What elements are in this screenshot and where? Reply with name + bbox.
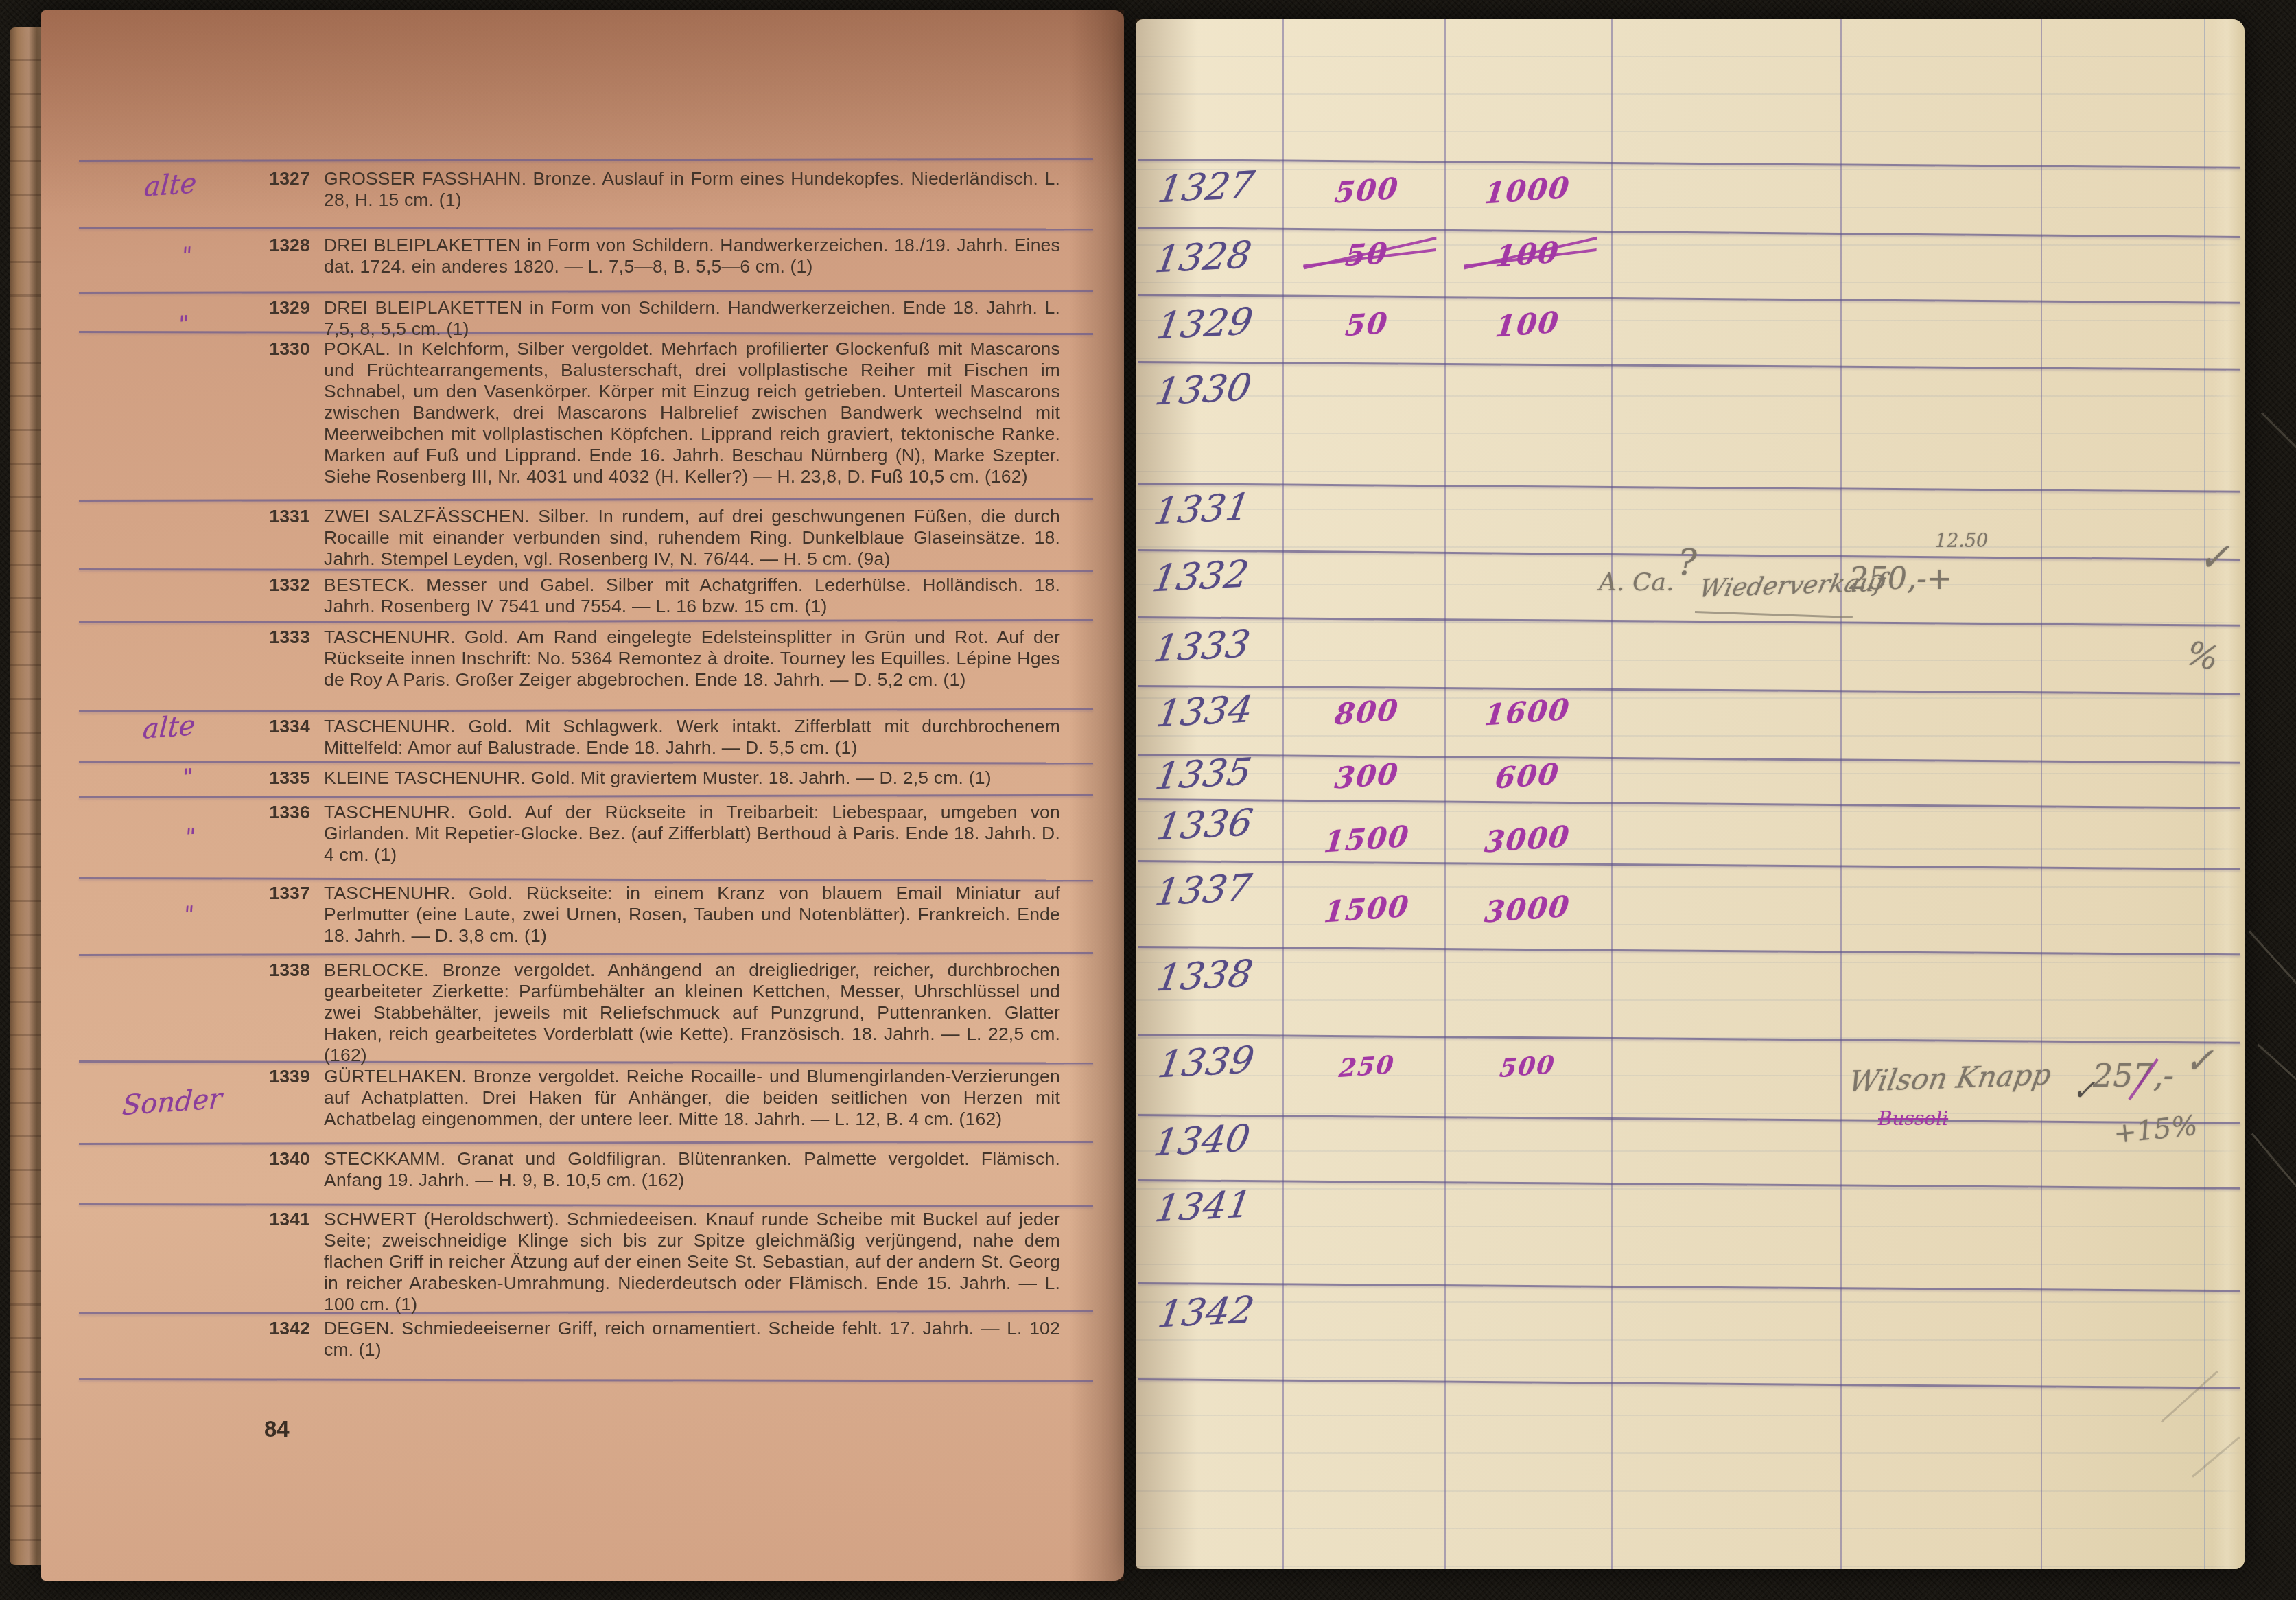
- lot-number: 1335: [247, 767, 310, 789]
- ledger-lot: 1327: [1155, 163, 1257, 211]
- checkmark: ✓: [2198, 535, 2230, 580]
- ledger-lot: 1341: [1152, 1182, 1254, 1230]
- limit-price: 50: [1293, 302, 1441, 346]
- lot-description: GÜRTELHAKEN. Bronze vergoldet. Reiche Ro…: [324, 1066, 1060, 1130]
- ledger-hline: [1138, 798, 2240, 809]
- lot-number: 1340: [247, 1148, 310, 1170]
- question-mark: ?: [1678, 542, 1697, 583]
- lot-number: 1338: [247, 960, 310, 981]
- page-edge: [2213, 19, 2245, 1569]
- checkmark-small: ✓: [2072, 1075, 2096, 1106]
- catalog-entry: 1329 DREI BLEIPLAKETTEN in Form von Schi…: [247, 297, 1060, 340]
- ledger-lot: 1340: [1151, 1116, 1253, 1164]
- margin-note-ditto: ": [183, 901, 195, 927]
- lot-number: 1327: [247, 168, 310, 189]
- buyer-note: A. Ca.: [1599, 568, 1674, 596]
- result-price: 3000: [1454, 817, 1602, 861]
- rule-line: [79, 158, 1093, 162]
- limit-price-struck: 50: [1293, 232, 1441, 276]
- catalog-entry: 1338 BERLOCKE. Bronze vergoldet. Anhänge…: [247, 960, 1060, 1066]
- limit-price: 1500: [1293, 887, 1441, 931]
- ledger-lot: 1331: [1151, 485, 1253, 533]
- lot-description: TASCHENUHR. Gold. Rückseite: in einem Kr…: [324, 883, 1060, 947]
- margin-note: Sonder: [121, 1083, 224, 1122]
- rule-line: [79, 794, 1093, 798]
- lot-description: DREI BLEIPLAKETTEN in Form von Schildern…: [324, 297, 1060, 340]
- result-price: 1000: [1454, 168, 1602, 212]
- result-price-struck: 100: [1454, 232, 1602, 276]
- margin-note: alte: [143, 167, 197, 203]
- catalog-entry: 1331 ZWEI SALZFÄSSCHEN. Silber. In runde…: [247, 506, 1060, 570]
- rule-line: [79, 1203, 1093, 1207]
- lot-number: 1339: [247, 1066, 310, 1087]
- lot-description: DEGEN. Schmiedeeiserner Griff, reich orn…: [324, 1318, 1060, 1360]
- limit-price: 800: [1293, 690, 1441, 734]
- catalog-entry: 1330 POKAL. In Kelchform, Silber vergold…: [247, 338, 1060, 487]
- ledger-hline: [1138, 1378, 2240, 1389]
- ledger-lot: 1335: [1152, 750, 1254, 798]
- limit-price: 1500: [1293, 817, 1441, 861]
- catalog-entry: 1332 BESTECK. Messer und Gabel. Silber m…: [247, 575, 1060, 617]
- lot-number: 1337: [247, 883, 310, 904]
- result-price: 500: [1454, 1047, 1601, 1086]
- catalog-entry: 1342 DEGEN. Schmiedeeiserner Griff, reic…: [247, 1318, 1060, 1360]
- ledger-hline: [1138, 294, 2240, 304]
- ledger-hline: [1138, 1034, 2240, 1044]
- cover-scratch: [2257, 1043, 2296, 1086]
- lot-number: 1341: [247, 1209, 310, 1230]
- ledger-lot: 1342: [1155, 1288, 1257, 1336]
- catalog-entry: 1341 SCHWERT (Heroldschwert). Schmiedeei…: [247, 1209, 1060, 1315]
- lot-description: DREI BLEIPLAKETTEN in Form von Schildern…: [324, 235, 1060, 277]
- ledger-vline: [1611, 19, 1613, 1569]
- rule-line: [79, 498, 1093, 502]
- margin-note-ditto: ": [182, 763, 194, 790]
- result-price: 600: [1454, 754, 1602, 798]
- lot-number: 1328: [247, 235, 310, 256]
- lot-number: 1334: [247, 716, 310, 737]
- checkmark: ✓: [2184, 1041, 2214, 1082]
- catalog-entry: 1340 STECKKAMM. Granat und Goldfiligran.…: [247, 1148, 1060, 1191]
- lot-number: 1332: [247, 575, 310, 596]
- lot-description: TASCHENUHR. Gold. Am Rand eingelegte Ede…: [324, 627, 1060, 691]
- ledger-hline: [1138, 685, 2240, 695]
- cover-scratch: [2249, 930, 2296, 993]
- ledger-hline: [1138, 616, 2240, 627]
- lot-number: 1331: [247, 506, 310, 527]
- rule-line: [79, 1378, 1093, 1382]
- ledger-lot: 1336: [1153, 800, 1256, 848]
- rule-line: [79, 619, 1093, 623]
- ledger-vline: [1282, 19, 1284, 1569]
- lot-number: 1342: [247, 1318, 310, 1339]
- ledger-lot: 1333: [1151, 622, 1253, 670]
- cover-scratch: [2261, 412, 2296, 452]
- catalog-entry: 1333 TASCHENUHR. Gold. Am Rand eingelegt…: [247, 627, 1060, 691]
- settlement-amount: 250,-+: [1849, 561, 1952, 596]
- rule-line: [79, 1141, 1093, 1145]
- catalog-entry: 1336 TASCHENUHR. Gold. Auf der Rückseite…: [247, 802, 1060, 866]
- limit-price: 250: [1293, 1047, 1440, 1086]
- percent-mark: %: [2183, 634, 2223, 678]
- catalog-entry: 1337 TASCHENUHR. Gold. Rückseite: in ein…: [247, 883, 1060, 947]
- struck-name: Bussoli: [1878, 1107, 1948, 1130]
- ledger-lot: 1332: [1149, 552, 1252, 600]
- underline-flourish: [1695, 611, 1853, 618]
- catalog-entry: 1335 KLEINE TASCHENUHR. Gold. Mit gravie…: [247, 767, 1060, 789]
- settlement-amount-small: 12.50: [1935, 531, 1988, 552]
- ledger-hline: [1138, 946, 2240, 955]
- rule-line: [79, 708, 1093, 712]
- rule-line: [79, 290, 1093, 294]
- ledger-hline: [1138, 227, 2240, 238]
- lot-description: BERLOCKE. Bronze vergoldet. Anhängend an…: [324, 960, 1060, 1066]
- ledger-hline: [1138, 754, 2240, 764]
- lot-number: 1329: [247, 297, 310, 318]
- result-price: 100: [1454, 302, 1602, 346]
- rule-line: [79, 761, 1093, 765]
- rule-line: [79, 952, 1093, 956]
- ledger-hline: [1138, 159, 2240, 169]
- book-scan: alte " " alte " " " Sonder 1327 GROSSER …: [0, 0, 2296, 1600]
- result-price: 1600: [1454, 690, 1602, 734]
- lot-description: BESTECK. Messer und Gabel. Silber mit Ac…: [324, 575, 1060, 617]
- ledger-page: 1327 1328 1329 1330 1331 1332 1333 1334 …: [1136, 19, 2245, 1569]
- ledger-vline: [1444, 19, 1446, 1569]
- catalog-entry: 1334 TASCHENUHR. Gold. Mit Schlagwerk. W…: [247, 716, 1060, 758]
- lot-description: TASCHENUHR. Gold. Auf der Rückseite in T…: [324, 802, 1060, 866]
- catalog-entry: 1339 GÜRTELHAKEN. Bronze vergoldet. Reic…: [247, 1066, 1060, 1130]
- ledger-hline: [1138, 1282, 2240, 1292]
- margin-note-ditto: ": [181, 242, 193, 268]
- lot-number: 1330: [247, 338, 310, 360]
- settlement-amount: 257,-: [2093, 1057, 2174, 1094]
- margin-note-ditto: ": [185, 823, 196, 850]
- ledger-lot: 1329: [1153, 299, 1256, 347]
- result-price: 3000: [1454, 887, 1602, 931]
- lot-description: SCHWERT (Heroldschwert). Schmiedeeisen. …: [324, 1209, 1060, 1315]
- rule-line: [79, 877, 1093, 882]
- lot-number: 1333: [247, 627, 310, 648]
- page-number: 84: [264, 1416, 290, 1442]
- ledger-vline: [2041, 19, 2042, 1569]
- ledger-vline: [2204, 19, 2205, 1569]
- buyer-note: Wilson Knapp: [1847, 1058, 2054, 1099]
- lot-number: 1336: [247, 802, 310, 823]
- ledger-vline: [1840, 19, 1842, 1569]
- ledger-hline: [1138, 1179, 2240, 1190]
- ledger-hline: [1138, 361, 2240, 371]
- lot-description: ZWEI SALZFÄSSCHEN. Silber. In rundem, au…: [324, 506, 1060, 570]
- ledger-lot: 1337: [1152, 866, 1254, 914]
- catalog-page: alte " " alte " " " Sonder 1327 GROSSER …: [41, 10, 1124, 1581]
- rule-line: [79, 227, 1093, 231]
- ledger-lot: 1328: [1152, 233, 1254, 281]
- lot-description: GROSSER FASSHAHN. Bronze. Auslauf in For…: [324, 168, 1060, 211]
- lot-description: TASCHENUHR. Gold. Mit Schlagwerk. Werk i…: [324, 716, 1060, 758]
- catalog-entry: 1327 GROSSER FASSHAHN. Bronze. Auslauf i…: [247, 168, 1060, 211]
- catalog-entry: 1328 DREI BLEIPLAKETTEN in Form von Schi…: [247, 235, 1060, 277]
- limit-price: 300: [1293, 754, 1441, 798]
- lot-description: POKAL. In Kelchform, Silber vergoldet. M…: [324, 338, 1060, 487]
- ledger-lot: 1339: [1155, 1038, 1257, 1086]
- ledger-lot: 1334: [1153, 687, 1256, 735]
- lot-description: KLEINE TASCHENUHR. Gold. Mit graviertem …: [324, 767, 1060, 789]
- margin-note-ditto: ": [178, 310, 189, 337]
- surcharge-note: +15%: [2112, 1110, 2199, 1150]
- margin-note: alte: [141, 710, 196, 745]
- ledger-hline: [1138, 1114, 2240, 1124]
- ledger-hline: [1138, 860, 2240, 870]
- limit-price: 500: [1293, 168, 1441, 212]
- lot-description: STECKKAMM. Granat und Goldfiligran. Blüt…: [324, 1148, 1060, 1191]
- cover-scratch: [2251, 1133, 2296, 1208]
- ledger-lot: 1330: [1152, 365, 1254, 413]
- ledger-lot: 1338: [1153, 951, 1256, 999]
- ledger-hline: [1138, 483, 2240, 493]
